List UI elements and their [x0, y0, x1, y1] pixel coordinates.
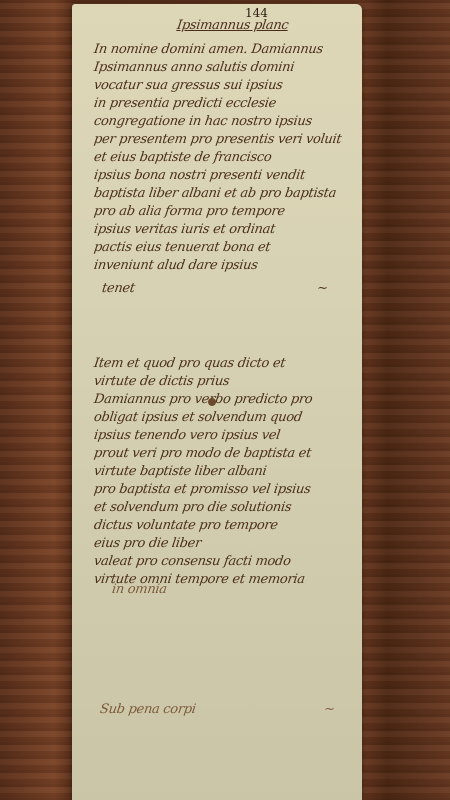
text-line: in presentia predicti ecclesie — [93, 96, 277, 111]
text-line: virtute baptiste liber albani — [93, 464, 267, 479]
text-line: pactis eius tenuerat bona et — [93, 240, 271, 255]
text-line: ipsius veritas iuris et ordinat — [93, 222, 276, 237]
text-line: ipsius bona nostri presenti vendit — [93, 168, 306, 183]
text-line: eius pro die liber — [93, 536, 202, 551]
text-line: ipsius tenendo vero ipsius vel — [93, 428, 281, 443]
text-line: et eius baptiste de francisco — [93, 150, 272, 165]
text-line: vocatur sua gressus sui ipsius — [93, 78, 284, 93]
text-line: obligat ipsius et solvendum quod — [93, 410, 303, 425]
page-header: Ipsimannus planc — [176, 18, 289, 33]
text-line: valeat pro consensu facti modo — [93, 554, 292, 569]
text-line: congregatione in hac nostro ipsius — [93, 114, 313, 129]
text-line: prout veri pro modo de baptista et — [93, 446, 312, 461]
text-line: dictus voluntate pro tempore — [93, 518, 279, 533]
text-line: pro ab alia forma pro tempore — [93, 204, 286, 219]
text-block-3: in omnia — [111, 582, 168, 597]
text-line: Item et quod pro quas dicto et — [93, 356, 286, 371]
text-line: Ipsimannus anno salutis domini — [93, 60, 295, 75]
ink-stain — [208, 398, 216, 406]
text-line: virtute de dictis prius — [93, 374, 230, 389]
flourish-mark: ~ — [316, 281, 329, 296]
text-line: Damiannus pro verbo predicto pro — [93, 392, 313, 407]
text-line: et solvendum pro die solutionis — [93, 500, 292, 515]
text-line: In nomine domini amen. Damiannus — [93, 42, 324, 57]
text-line: inveniunt alud dare ipsius — [93, 258, 259, 273]
marginal-note: tenet — [101, 281, 136, 296]
flourish-mark: ~ — [323, 702, 336, 717]
footer-line: Sub pena corpi — [99, 702, 197, 717]
text-line: pro baptista et promisso vel ipsius — [93, 482, 312, 497]
text-line: baptista liber albani et ab pro baptista — [93, 186, 337, 201]
manuscript-page: 144 Ipsimannus planc In nomine domini am… — [72, 4, 362, 800]
text-line: per presentem pro presentis veri voluit — [93, 132, 342, 147]
